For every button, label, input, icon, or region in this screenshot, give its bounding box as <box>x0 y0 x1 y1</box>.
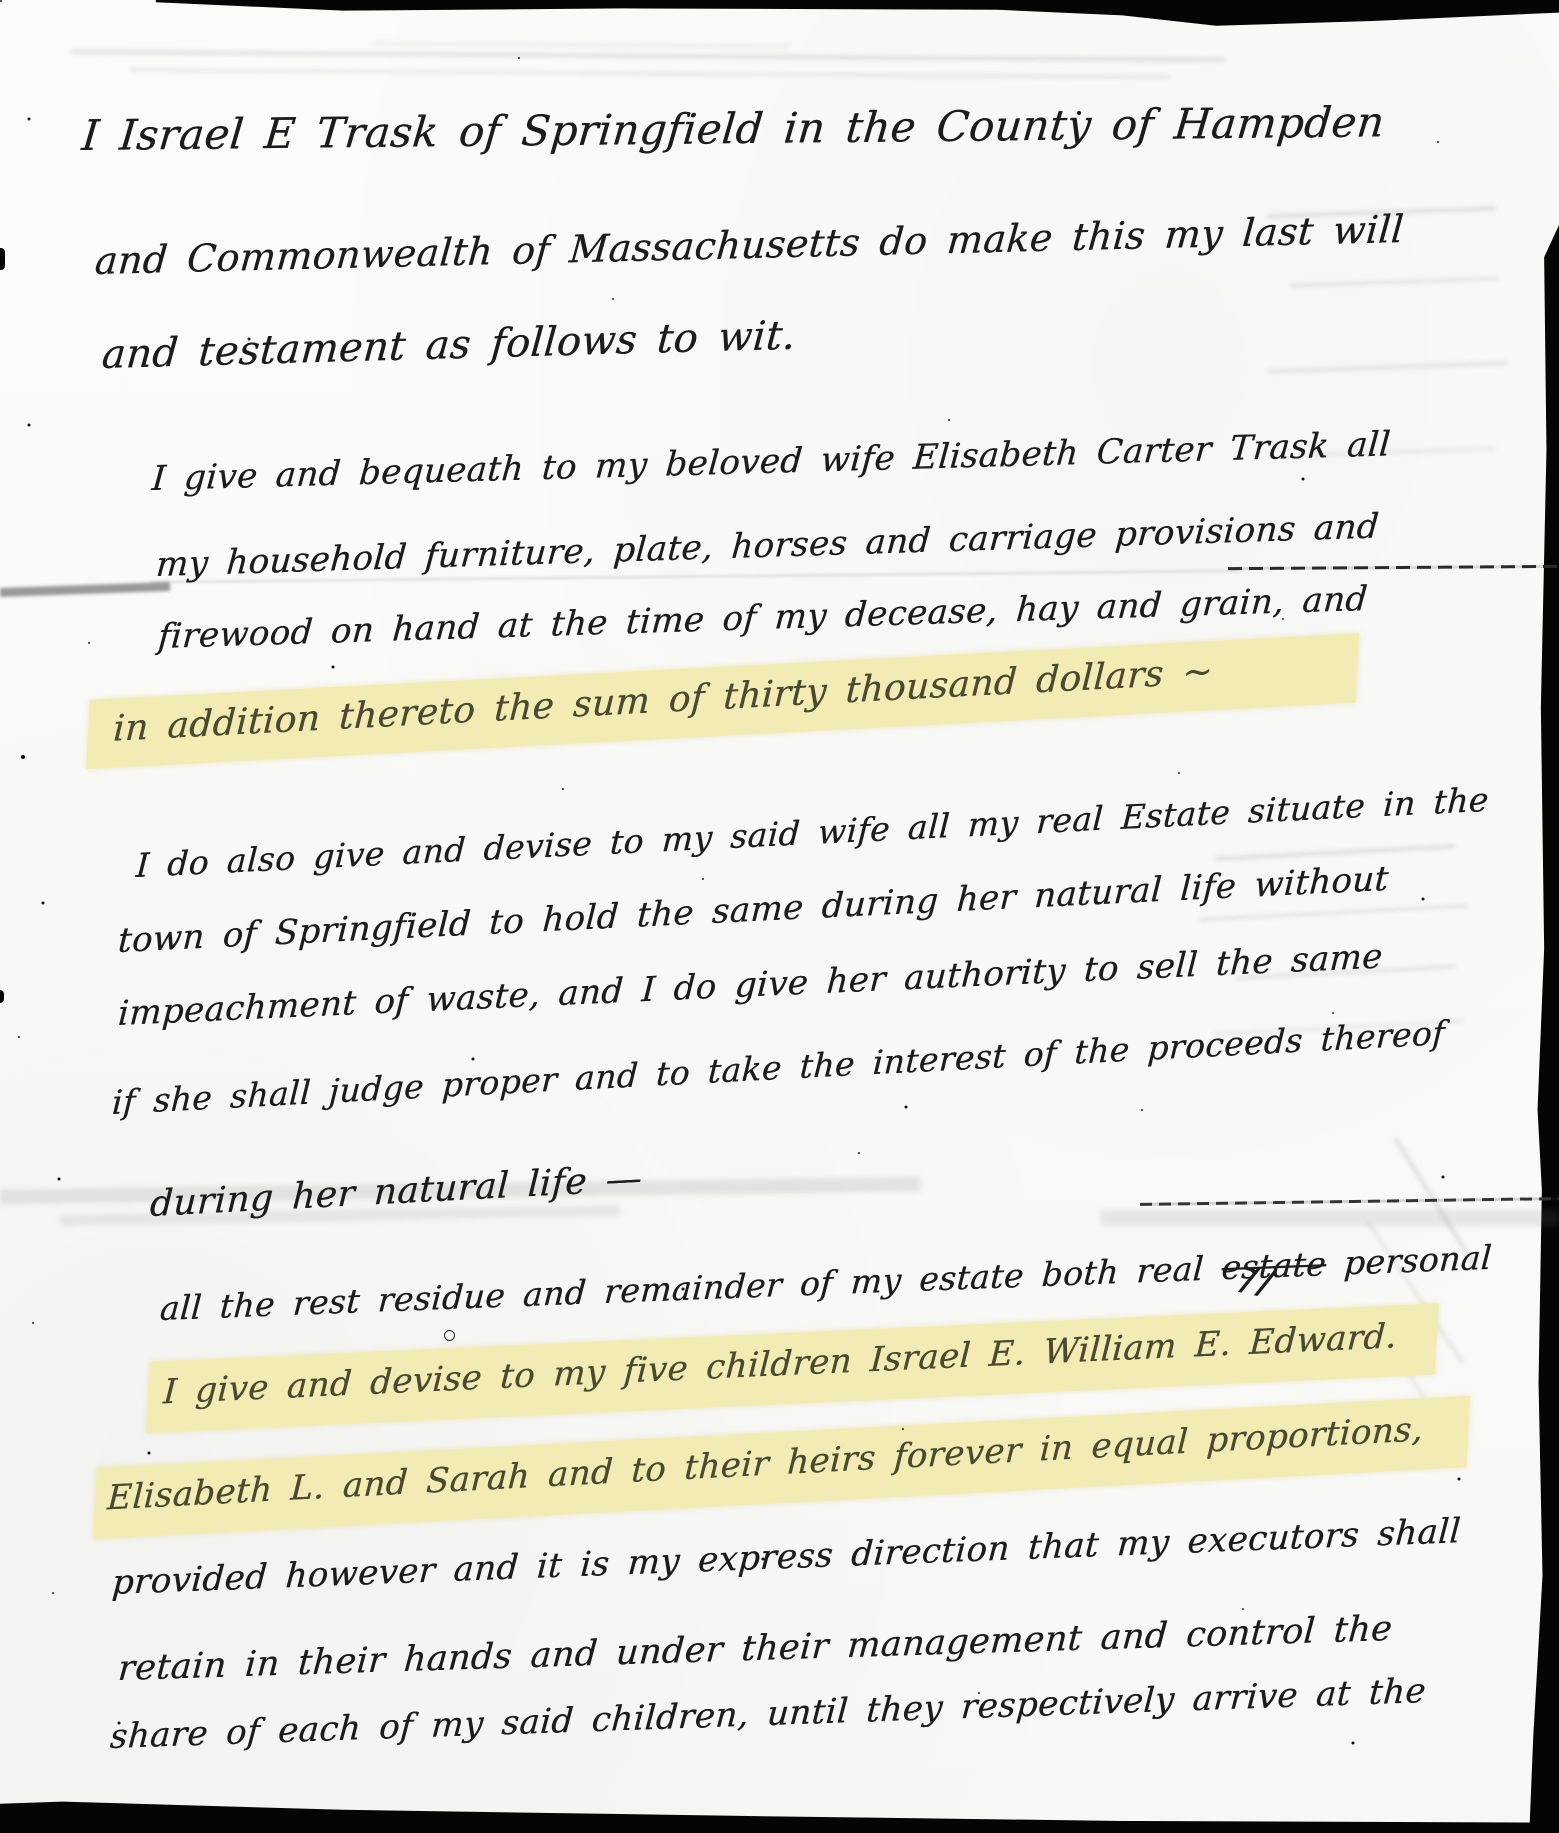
line-text-post: personal <box>1325 1238 1493 1283</box>
scan-edge-top <box>0 0 1559 28</box>
scan-edge-right <box>1526 225 1559 1833</box>
scan-edge-left-mark-1 <box>0 248 5 270</box>
scan-edge-left-mark-2 <box>0 990 4 1003</box>
manuscript-page: I Israel E Trask of Springfield in the C… <box>0 0 1559 1833</box>
ink-specks <box>0 0 2 2</box>
line-text-pre: all the rest residue and remainder of my… <box>159 1248 1223 1328</box>
manuscript-line: if she shall judge proper and to take th… <box>111 1012 1446 1123</box>
fold-crease-mid-right-shadow <box>1100 1210 1559 1226</box>
manuscript-line: and testament as follows to wit. <box>101 311 796 380</box>
scan-edge-bottom <box>0 1790 1559 1833</box>
bleedthrough-top <box>70 38 1250 104</box>
manuscript-line: I Israel E Trask of Springfield in the C… <box>82 96 1385 162</box>
line-text: if she shall judge proper and to take th… <box>111 1012 1446 1123</box>
scribal-circle-mark <box>444 1330 455 1341</box>
manuscript-line: and Commonwealth of Massachusetts do mak… <box>94 206 1404 285</box>
line-text: and testament as follows to wit. <box>100 311 797 381</box>
fold-crease-mid-right <box>1140 1197 1559 1206</box>
insertion-caret-mark: // <box>1239 1259 1279 1305</box>
line-text: I give and bequeath to my beloved wife E… <box>150 423 1392 500</box>
fold-crease-upper-right <box>1228 565 1559 570</box>
line-text: and Commonwealth of Massachusetts do mak… <box>93 206 1405 286</box>
line-text: I Israel E Trask of Springfield in the C… <box>80 96 1387 162</box>
fold-crease-upper-left <box>0 582 170 597</box>
manuscript-line: I give and bequeath to my beloved wife E… <box>151 423 1391 500</box>
